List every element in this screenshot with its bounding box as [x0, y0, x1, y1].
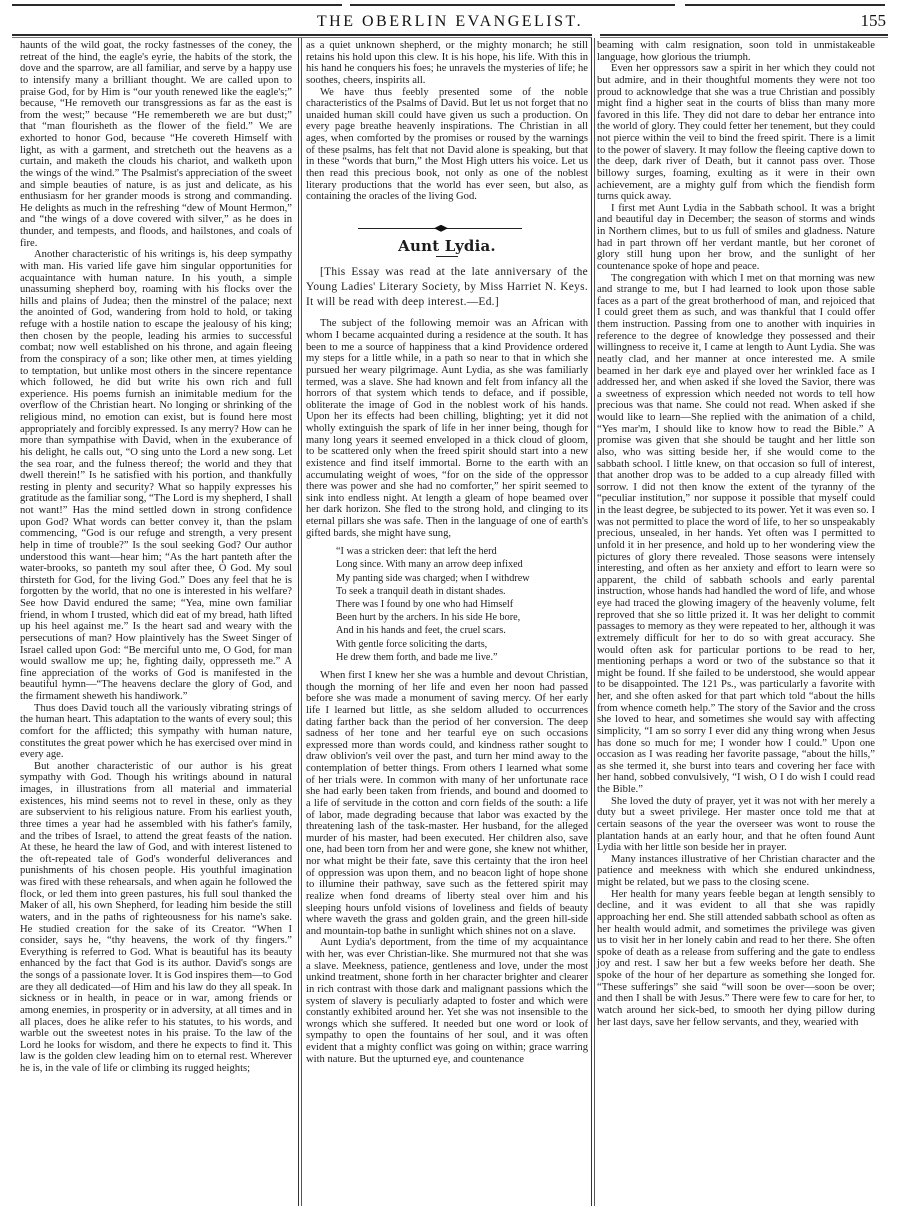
section-divider-ornament	[306, 221, 588, 235]
paragraph: But another characteristic of our author…	[20, 761, 292, 1075]
paragraph: The subject of the following memoir was …	[306, 318, 588, 539]
page-number: 155	[861, 11, 887, 31]
page-header: THE OBERLIN EVANGELIST. 155	[0, 0, 900, 36]
header-rule	[600, 34, 888, 36]
paragraph: She loved the duty of prayer, yet it was…	[597, 796, 875, 854]
paragraph: haunts of the wild goat, the rocky fastn…	[20, 40, 292, 249]
poem-line: Long since. With many an arrow deep infi…	[336, 558, 588, 571]
editor-note: [This Essay was read at the late anniver…	[306, 265, 588, 310]
masthead-title: THE OBERLIN EVANGELIST.	[0, 13, 900, 31]
poem-line: “I was a stricken deer: that left the he…	[336, 545, 588, 558]
poem-line: Been hurt by the archers. In his side He…	[336, 611, 588, 624]
poem-line: And in his hands and feet, the cruel sca…	[336, 624, 588, 637]
header-rule	[12, 37, 592, 38]
paragraph: as a quiet unknown shepherd, or the migh…	[306, 40, 588, 87]
article-title: Aunt Lydia.	[306, 241, 588, 253]
paragraph: We have thus feebly presented some of th…	[306, 87, 588, 203]
column-middle: as a quiet unknown shepherd, or the migh…	[306, 40, 588, 1065]
diamond-ornament-icon	[434, 225, 448, 232]
paragraph: Her health for many years feeble began a…	[597, 889, 875, 1029]
poem-line: My panting side was charged; when I with…	[336, 572, 588, 585]
column-left: haunts of the wild goat, the rocky fastn…	[20, 40, 292, 1075]
paragraph: Thus does David touch all the variously …	[20, 703, 292, 761]
paragraph: Many instances illustrative of her Chris…	[597, 854, 875, 889]
poem-line: To seek a tranquil death in distant shad…	[336, 585, 588, 598]
header-rule	[685, 4, 885, 6]
paragraph: beaming with calm resignation, soon told…	[597, 40, 875, 63]
title-underline	[436, 256, 458, 257]
header-rule	[350, 4, 675, 6]
paragraph: Even her oppressors saw a spirit in her …	[597, 63, 875, 203]
column-divider	[591, 38, 592, 1206]
paragraph: Aunt Lydia's deportment, from the time o…	[306, 937, 588, 1065]
poem-line: With gentle force soliciting the darts,	[336, 638, 588, 651]
column-divider	[298, 38, 299, 1206]
poem-line: There was I found by one who had Himself	[336, 598, 588, 611]
column-divider	[301, 38, 302, 1206]
poem-quotation: “I was a stricken deer: that left the he…	[336, 545, 588, 664]
column-right: beaming with calm resignation, soon told…	[597, 40, 875, 1028]
paragraph: Another characteristic of his writings i…	[20, 249, 292, 702]
column-divider	[594, 38, 595, 1206]
poem-line: He drew them forth, and bade me live.”	[336, 651, 588, 664]
header-rule	[12, 34, 592, 36]
header-rule	[12, 4, 342, 6]
paragraph: I first met Aunt Lydia in the Sabbath sc…	[597, 203, 875, 273]
paragraph: The congregation with which I met on tha…	[597, 273, 875, 796]
header-rule	[600, 37, 888, 38]
paragraph: When first I knew her she was a humble a…	[306, 670, 588, 937]
